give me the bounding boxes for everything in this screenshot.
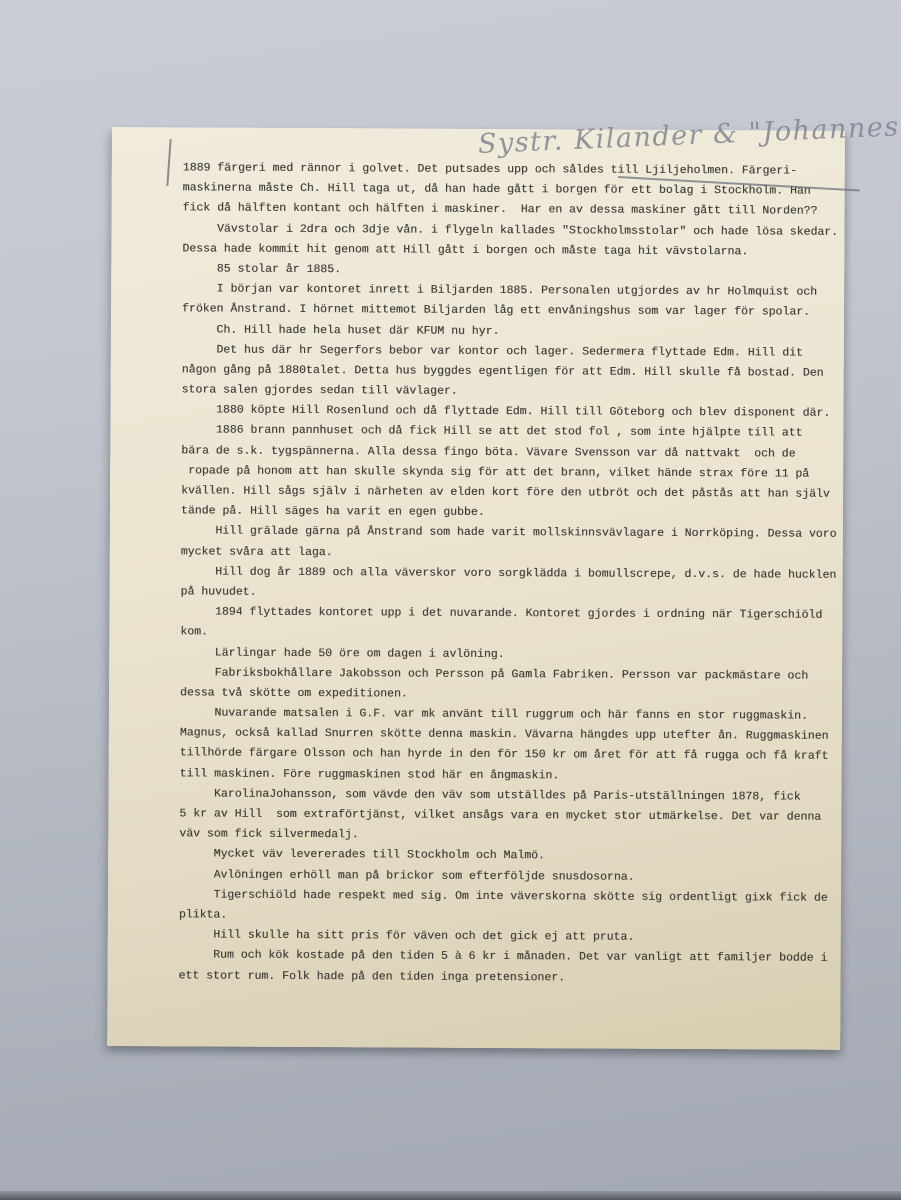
document-page: 1889 färgeri med rännor i golvet. Det pu… bbox=[107, 127, 845, 1050]
typed-line: Tigerschiöld hade respekt med sig. Om in… bbox=[179, 885, 835, 909]
typed-line: fröken Ånstrand. I hörnet mittemot Bilja… bbox=[182, 300, 838, 324]
typed-line: Hill grälade gärna på Ånstrand som hade … bbox=[181, 522, 837, 546]
photo-background: 1889 färgeri med rännor i golvet. Det pu… bbox=[0, 0, 901, 1200]
typed-line: ett stort rum. Folk hade på den tiden in… bbox=[179, 966, 835, 990]
photo-bottom-edge bbox=[0, 1191, 901, 1200]
typed-line: Hill dog år 1889 och alla väverskor voro… bbox=[181, 562, 837, 586]
typed-line: fick då hälften kontant och hälften i ma… bbox=[183, 199, 839, 223]
typed-line: Rum och kök kostade på den tiden 5 à 6 k… bbox=[179, 946, 835, 970]
typed-line: Mycket väv levererades till Stockholm oc… bbox=[179, 845, 835, 869]
typed-line: 1894 flyttades kontoret upp i det nuvara… bbox=[180, 602, 836, 626]
typed-text-block: 1889 färgeri med rännor i golvet. Det pu… bbox=[179, 158, 839, 989]
